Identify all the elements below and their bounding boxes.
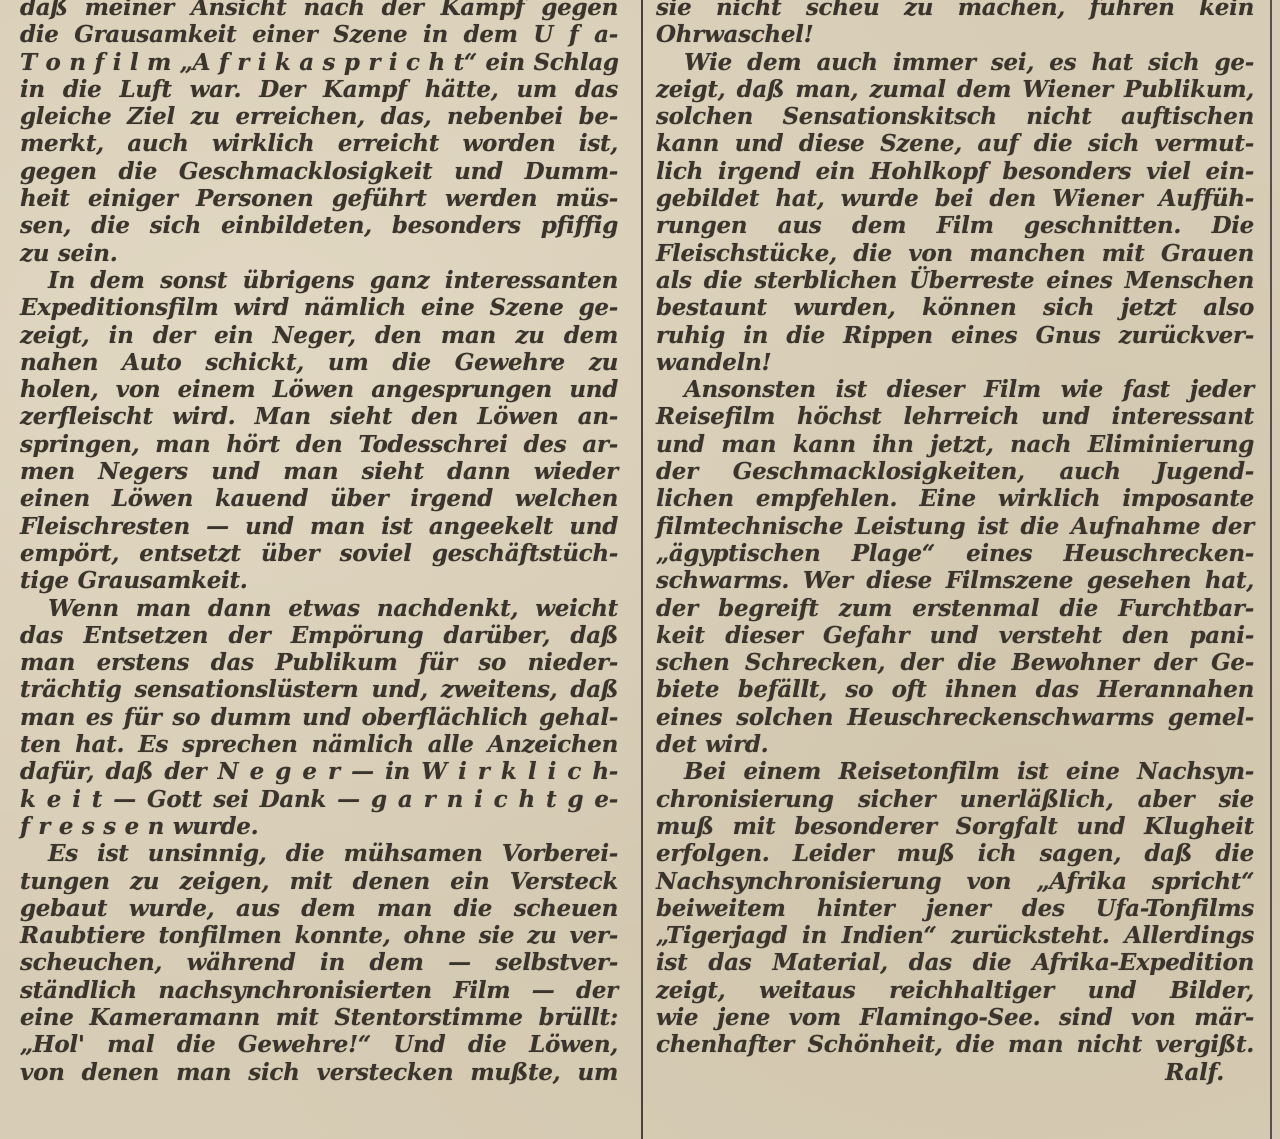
text-line: Ralf. xyxy=(656,1059,1254,1086)
text-line: tungen zu zeigen, mit denen ein Versteck xyxy=(20,868,618,895)
text-line: Wenn man dann etwas nachdenkt, weicht xyxy=(20,595,618,622)
text-line: wie jene vom Flamingo-See. sind von mär- xyxy=(656,1004,1254,1031)
text-line: schen Schrecken, der die Bewohner der Ge… xyxy=(656,649,1254,676)
page-border-right xyxy=(1270,0,1272,1139)
text-line: Ohrwaschel! xyxy=(656,21,1254,48)
text-line: Expeditionsfilm wird nämlich eine Szene … xyxy=(20,294,618,321)
text-line: gegen die Geschmacklosigkeit und Dumm- xyxy=(20,158,618,185)
text-line: ten hat. Es sprechen nämlich alle Anzeic… xyxy=(20,731,618,758)
text-line: eine Kameramann mit Stentorstimme brüllt… xyxy=(20,1004,618,1031)
text-line: zu sein. xyxy=(20,240,618,267)
text-line: als die sterblichen Überreste eines Mens… xyxy=(656,267,1254,294)
text-line: bestaunt wurden, können sich jetzt also xyxy=(656,294,1254,321)
text-line: von denen man sich verstecken mußte, um xyxy=(20,1059,618,1086)
text-line: merkt, auch wirklich erreicht worden ist… xyxy=(20,130,618,157)
text-line: sie nicht scheu zu machen, führen kein xyxy=(656,0,1254,21)
text-line: sen, die sich einbildeten, besonders pfi… xyxy=(20,212,618,239)
text-line: chenhafter Schönheit, die man nicht verg… xyxy=(656,1031,1254,1058)
text-line: filmtechnische Leistung ist die Aufnahme… xyxy=(656,513,1254,540)
text-line: solchen Sensationskitsch nicht auftische… xyxy=(656,103,1254,130)
text-line: gebaut wurde, aus dem man die scheuen xyxy=(20,895,618,922)
text-line: das Entsetzen der Empörung darüber, daß xyxy=(20,622,618,649)
text-line: scheuchen, während in dem — selbstver- xyxy=(20,949,618,976)
text-line: zeigt, in der ein Neger, den man zu dem xyxy=(20,322,618,349)
text-line: kann und diese Szene, auf die sich vermu… xyxy=(656,130,1254,157)
text-line: chronisierung sicher unerläßlich, aber s… xyxy=(656,786,1254,813)
text-line: „Tigerjagd in Indien“ zurücksteht. Aller… xyxy=(656,922,1254,949)
text-line: schwarms. Wer diese Filmszene gesehen ha… xyxy=(656,567,1254,594)
text-line: und man kann ihn jetzt, nach Eliminierun… xyxy=(656,431,1254,458)
right-column: sie nicht scheu zu machen, führen keinOh… xyxy=(656,0,1254,1086)
text-line: k e i t — Gott sei Dank — g a r n i c h … xyxy=(20,786,618,813)
text-line: der Geschmacklosigkeiten, auch Jugend- xyxy=(656,458,1254,485)
text-line: springen, man hört den Todesschrei des a… xyxy=(20,431,618,458)
column-divider xyxy=(641,0,643,1139)
text-line: Fleischresten — und man ist angeekelt un… xyxy=(20,513,618,540)
text-line: Fleischstücke, die von manchen mit Graue… xyxy=(656,240,1254,267)
text-line: In dem sonst übrigens ganz interessanten xyxy=(20,267,618,294)
text-line: trächtig sensationslüstern und, zweitens… xyxy=(20,676,618,703)
text-line: einen Löwen kauend über irgend welchen xyxy=(20,485,618,512)
text-line: biete befällt, so oft ihnen das Herannah… xyxy=(656,676,1254,703)
text-line: in die Luft war. Der Kampf hätte, um das xyxy=(20,76,618,103)
text-line: rungen aus dem Film geschnitten. Die xyxy=(656,212,1254,239)
text-line: man es für so dumm und oberflächlich geh… xyxy=(20,704,618,731)
text-line: gebildet hat, wurde bei den Wiener Auffü… xyxy=(656,185,1254,212)
text-line: empört, entsetzt über soviel geschäftstü… xyxy=(20,540,618,567)
text-line: Reisefilm höchst lehrreich und interessa… xyxy=(656,403,1254,430)
text-line: zerfleischt wird. Man sieht den Löwen an… xyxy=(20,403,618,430)
text-line: nahen Auto schickt, um die Gewehre zu xyxy=(20,349,618,376)
text-line: Ansonsten ist dieser Film wie fast jeder xyxy=(656,376,1254,403)
text-line: beiweitem hinter jener des Ufa-Tonfilms xyxy=(656,895,1254,922)
text-line: f r e s s e n wurde. xyxy=(20,813,618,840)
text-line: „ägyptischen Plage“ eines Heuschrecken- xyxy=(656,540,1254,567)
text-line: Es ist unsinnig, die mühsamen Vorberei- xyxy=(20,840,618,867)
text-line: Raubtiere tonfilmen konnte, ohne sie zu … xyxy=(20,922,618,949)
text-line: tige Grausamkeit. xyxy=(20,567,618,594)
text-line: gleiche Ziel zu erreichen, das, nebenbei… xyxy=(20,103,618,130)
text-line: keit dieser Gefahr und versteht den pani… xyxy=(656,622,1254,649)
text-line: Nachsynchronisierung von „Afrika spricht… xyxy=(656,868,1254,895)
text-line: T o n f i l m „A f r i k a s p r i c h t… xyxy=(20,49,618,76)
text-line: zeigt, weitaus reichhaltiger und Bilder, xyxy=(656,977,1254,1004)
text-line: muß mit besonderer Sorgfalt und Klugheit xyxy=(656,813,1254,840)
text-line: ruhig in die Rippen eines Gnus zurückver… xyxy=(656,322,1254,349)
text-line: dafür, daß der N e g e r — in W i r k l … xyxy=(20,758,618,785)
text-line: eines solchen Heuschreckenschwarms gemel… xyxy=(656,704,1254,731)
text-line: „Hol' mal die Gewehre!“ Und die Löwen, xyxy=(20,1031,618,1058)
text-line: Wie dem auch immer sei, es hat sich ge- xyxy=(656,49,1254,76)
text-line: Bei einem Reisetonfilm ist eine Nachsyn- xyxy=(656,758,1254,785)
text-line: holen, von einem Löwen angesprungen und xyxy=(20,376,618,403)
text-line: man erstens das Publikum für so nieder- xyxy=(20,649,618,676)
text-line: erfolgen. Leider muß ich sagen, daß die xyxy=(656,840,1254,867)
text-line: men Negers und man sieht dann wieder xyxy=(20,458,618,485)
text-line: zeigt, daß man, zumal dem Wiener Publiku… xyxy=(656,76,1254,103)
left-column: daß meiner Ansicht nach der Kampf gegend… xyxy=(20,0,618,1086)
text-line: lich irgend ein Hohlkopf besonders viel … xyxy=(656,158,1254,185)
text-line: ständlich nachsynchronisierten Film — de… xyxy=(20,977,618,1004)
text-line: wandeln! xyxy=(656,349,1254,376)
text-line: daß meiner Ansicht nach der Kampf gegen xyxy=(20,0,618,21)
text-line: die Grausamkeit einer Szene in dem U f a… xyxy=(20,21,618,48)
text-line: heit einiger Personen geführt werden müs… xyxy=(20,185,618,212)
text-line: der begreift zum erstenmal die Furchtbar… xyxy=(656,595,1254,622)
text-line: ist das Material, das die Afrika-Expedit… xyxy=(656,949,1254,976)
text-line: det wird. xyxy=(656,731,1254,758)
text-line: lichen empfehlen. Eine wirklich imposant… xyxy=(656,485,1254,512)
